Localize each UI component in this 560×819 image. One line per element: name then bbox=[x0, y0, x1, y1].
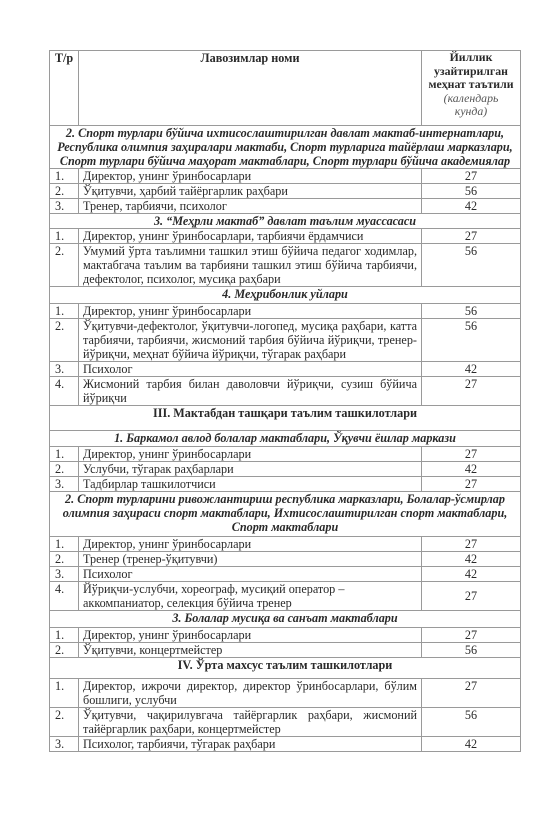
table-row: 1. Директор, унинг ўринбосарлари 27 bbox=[50, 447, 521, 462]
table-row: 1. Директор, унинг ўринбосарлари 27 bbox=[50, 628, 521, 643]
section-title: 3. Болалар мусиқа ва санъат мактаблари bbox=[50, 611, 521, 628]
table-row: 3. Психолог 42 bbox=[50, 362, 521, 377]
row-position: Психолог, тарбиячи, тўгарак раҳбари bbox=[79, 737, 422, 752]
row-days: 27 bbox=[422, 628, 521, 643]
row-position: Ўқитувчи-дефектолог, ўқитувчи-логопед, м… bbox=[79, 319, 422, 362]
row-number: 1. bbox=[50, 628, 79, 643]
row-number: 1. bbox=[50, 679, 79, 708]
header-days-line2: узайтирилган bbox=[434, 64, 508, 78]
table-row: 4. Жисмоний тарбия билан даволовчи йўриқ… bbox=[50, 377, 521, 406]
table-row: 1. Директор, унинг ўринбосарлари 27 bbox=[50, 169, 521, 184]
row-position: Йўриқчи-услубчи, хореограф, мусиқий опер… bbox=[79, 582, 422, 611]
table-row: 2. Услубчи, тўгарак раҳбарлари 42 bbox=[50, 462, 521, 477]
row-days: 27 bbox=[422, 679, 521, 708]
row-position: Психолог bbox=[79, 362, 422, 377]
section-title: 3. “Меҳрли мактаб” давлат таълим муассас… bbox=[50, 214, 521, 229]
header-days-note: (календарь кунда) bbox=[444, 91, 499, 119]
row-position: Директор, унинг ўринбосарлари bbox=[79, 628, 422, 643]
table-row: 2. Ўқитувчи-дефектолог, ўқитувчи-логопед… bbox=[50, 319, 521, 362]
row-number: 1. bbox=[50, 229, 79, 244]
section-title: 2. Спорт турларини ривожлантириш республ… bbox=[50, 492, 521, 537]
table-row: 2. Ўқитувчи, ҳарбий тайёргарлик раҳбари … bbox=[50, 184, 521, 199]
section-header: 2. Спорт турлари бўйича ихтисослаштирилг… bbox=[50, 126, 521, 169]
section-header: 3. “Меҳрли мактаб” давлат таълим муассас… bbox=[50, 214, 521, 229]
header-position-name: Лавозимлар номи bbox=[79, 51, 422, 126]
row-days: 42 bbox=[422, 199, 521, 214]
row-position: Жисмоний тарбия билан даволовчи йўриқчи,… bbox=[79, 377, 422, 406]
table-row: 1. Директор, унинг ўринбосарлари, тарбия… bbox=[50, 229, 521, 244]
row-days: 56 bbox=[422, 184, 521, 199]
row-position: Тадбирлар ташкилотчиси bbox=[79, 477, 422, 492]
row-days: 42 bbox=[422, 362, 521, 377]
row-days: 27 bbox=[422, 377, 521, 406]
section-header: 4. Меҳрибонлик уйлари bbox=[50, 287, 521, 304]
table-header-row: Т/р Лавозимлар номи Йиллик узайтирилган … bbox=[50, 51, 521, 126]
row-days: 27 bbox=[422, 229, 521, 244]
table-row: 1. Директор, ижрочи директор, директор ў… bbox=[50, 679, 521, 708]
row-position: Тренер (тренер-ўқитувчи) bbox=[79, 552, 422, 567]
row-number: 2. bbox=[50, 244, 79, 287]
row-position: Ўқитувчи, ҳарбий тайёргарлик раҳбари bbox=[79, 184, 422, 199]
table-row: 3. Психолог 42 bbox=[50, 567, 521, 582]
table-row: 2. Ўқитувчи, концертмейстер 56 bbox=[50, 643, 521, 658]
row-days: 27 bbox=[422, 447, 521, 462]
row-days: 27 bbox=[422, 477, 521, 492]
row-number: 3. bbox=[50, 362, 79, 377]
section-header: 3. Болалар мусиқа ва санъат мактаблари bbox=[50, 611, 521, 628]
row-position: Директор, унинг ўринбосарлари bbox=[79, 537, 422, 552]
row-number: 3. bbox=[50, 199, 79, 214]
vacation-table: Т/р Лавозимлар номи Йиллик узайтирилган … bbox=[49, 50, 521, 752]
row-number: 4. bbox=[50, 377, 79, 406]
row-number: 2. bbox=[50, 708, 79, 737]
row-number: 3. bbox=[50, 567, 79, 582]
header-vacation-days: Йиллик узайтирилган меҳнат таътили (кале… bbox=[422, 51, 521, 126]
section-title: 2. Спорт турлари бўйича ихтисослаштирилг… bbox=[50, 126, 521, 169]
row-days: 27 bbox=[422, 169, 521, 184]
row-days: 42 bbox=[422, 737, 521, 752]
row-days: 56 bbox=[422, 643, 521, 658]
row-number: 2. bbox=[50, 184, 79, 199]
row-days: 56 bbox=[422, 244, 521, 287]
row-position: Умумий ўрта таълимни ташкил этиш бўйича … bbox=[79, 244, 422, 287]
row-position: Ўқитувчи, чақирилувгача тайёргарлик раҳб… bbox=[79, 708, 422, 737]
row-position: Директор, унинг ўринбосарлари bbox=[79, 169, 422, 184]
row-days: 27 bbox=[422, 537, 521, 552]
table-row: 1. Директор, унинг ўринбосарлари 27 bbox=[50, 537, 521, 552]
row-position: Директор, унинг ўринбосарлари bbox=[79, 447, 422, 462]
row-days: 42 bbox=[422, 552, 521, 567]
row-position: Услубчи, тўгарак раҳбарлари bbox=[79, 462, 422, 477]
row-days: 27 bbox=[422, 582, 521, 611]
table-row: 2. Ўқитувчи, чақирилувгача тайёргарлик р… bbox=[50, 708, 521, 737]
row-position: Тренер, тарбиячи, психолог bbox=[79, 199, 422, 214]
table-row: 3. Тренер, тарбиячи, психолог 42 bbox=[50, 199, 521, 214]
row-position: Директор, ижрочи директор, директор ўрин… bbox=[79, 679, 422, 708]
header-days-line1: Йиллик bbox=[450, 50, 493, 64]
row-number: 3. bbox=[50, 477, 79, 492]
row-number: 1. bbox=[50, 447, 79, 462]
header-days-line3: меҳнат таътили bbox=[428, 77, 513, 91]
row-position: Директор, унинг ўринбосарлари, тарбиячи … bbox=[79, 229, 422, 244]
table-row: 3. Тадбирлар ташкилотчиси 27 bbox=[50, 477, 521, 492]
part-title: III. Мактабдан ташқари таълим ташкилотла… bbox=[50, 406, 521, 431]
table-row: 2. Тренер (тренер-ўқитувчи) 42 bbox=[50, 552, 521, 567]
table-row: 4. Йўриқчи-услубчи, хореограф, мусиқий о… bbox=[50, 582, 521, 611]
part-title: IV. Ўрта махсус таълим ташкилотлари bbox=[50, 658, 521, 679]
row-days: 56 bbox=[422, 304, 521, 319]
part-header: III. Мактабдан ташқари таълим ташкилотла… bbox=[50, 406, 521, 431]
row-number: 1. bbox=[50, 169, 79, 184]
table-row: 2. Умумий ўрта таълимни ташкил этиш бўйи… bbox=[50, 244, 521, 287]
part-header: IV. Ўрта махсус таълим ташкилотлари bbox=[50, 658, 521, 679]
section-header: 1. Баркамол авлод болалар мактаблари, Ўқ… bbox=[50, 431, 521, 447]
row-number: 3. bbox=[50, 737, 79, 752]
row-number: 2. bbox=[50, 462, 79, 477]
row-number: 2. bbox=[50, 552, 79, 567]
row-number: 2. bbox=[50, 643, 79, 658]
row-days: 42 bbox=[422, 462, 521, 477]
row-days: 56 bbox=[422, 708, 521, 737]
table-row: 1. Директор, унинг ўринбосарлари 56 bbox=[50, 304, 521, 319]
section-title: 4. Меҳрибонлик уйлари bbox=[50, 287, 521, 304]
row-days: 42 bbox=[422, 567, 521, 582]
row-days: 56 bbox=[422, 319, 521, 362]
row-number: 2. bbox=[50, 319, 79, 362]
row-position: Ўқитувчи, концертмейстер bbox=[79, 643, 422, 658]
row-number: 1. bbox=[50, 537, 79, 552]
row-position: Психолог bbox=[79, 567, 422, 582]
table-row: 3. Психолог, тарбиячи, тўгарак раҳбари 4… bbox=[50, 737, 521, 752]
section-header: 2. Спорт турларини ривожлантириш республ… bbox=[50, 492, 521, 537]
section-title: 1. Баркамол авлод болалар мактаблари, Ўқ… bbox=[50, 431, 521, 447]
header-number: Т/р bbox=[50, 51, 79, 126]
row-number: 1. bbox=[50, 304, 79, 319]
row-number: 4. bbox=[50, 582, 79, 611]
row-position: Директор, унинг ўринбосарлари bbox=[79, 304, 422, 319]
